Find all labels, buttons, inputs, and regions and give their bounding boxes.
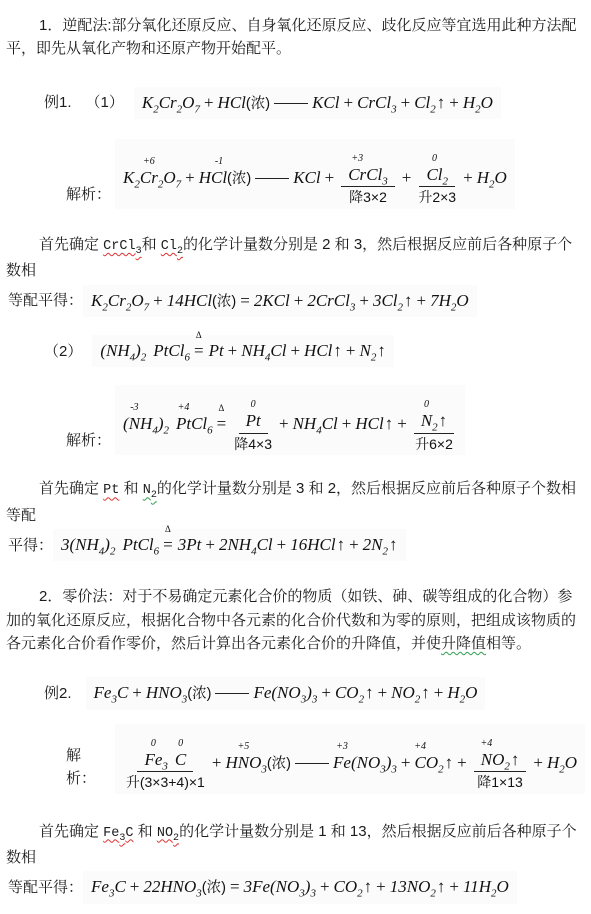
equation-balanced-1: K2Cr2O7+14HCl(浓)=2KCl+2CrCl3+3Cl2↑+7H2O	[83, 285, 477, 317]
example1-label: 例1.	[44, 91, 72, 114]
math-operator: +	[294, 291, 304, 310]
gas-up-arrow-icon: ↑	[439, 411, 448, 430]
math-var: Cl	[257, 535, 273, 554]
oxidation-state-element: +3Cr	[348, 164, 366, 185]
math-var: H	[477, 168, 489, 187]
analysis-label: 解析：	[66, 429, 111, 452]
rise-fall-fraction: 0Pt降4×3	[234, 398, 272, 452]
reaction-dash-icon	[215, 693, 249, 694]
math-var: HNO	[146, 683, 182, 702]
math-operator: +	[402, 168, 412, 187]
example1-row: 例1. （1） K2Cr2O7+HCl(浓)KCl+CrCl3+Cl2↑+H2O	[6, 87, 585, 119]
text-run: 和	[134, 823, 157, 840]
math-operator: +	[463, 168, 473, 187]
text-run: 首先确定	[39, 236, 103, 253]
math-var: Cr	[108, 291, 126, 310]
gas-up-arrow-icon: ↑	[421, 683, 430, 702]
math-var: KCl	[312, 93, 339, 112]
math-var: O	[182, 93, 194, 112]
gas-up-arrow-icon: ↑	[385, 414, 394, 433]
math-var: Cl	[270, 341, 286, 360]
math-var: Cl	[191, 414, 207, 433]
math-var: O	[456, 291, 468, 310]
math-var: H	[199, 168, 211, 187]
math-var: (NO	[351, 753, 380, 772]
math-operator: +	[359, 291, 369, 310]
math-var: HCl	[304, 341, 332, 360]
math-operator: =	[240, 291, 250, 310]
math-var: NH	[293, 414, 317, 433]
text-run: 升降值	[441, 635, 486, 652]
math-operator: +	[130, 877, 140, 896]
math-operator: +	[212, 753, 222, 772]
text-run: 和	[142, 236, 161, 253]
balance2-paragraph: 首先确定 Pt 和 N2的化学计量数分别是 3 和 2，然后根据反应前后各种原子…	[6, 477, 585, 561]
reaction-dash-icon	[274, 103, 308, 104]
math-operator: +	[343, 93, 353, 112]
math-var: 3Cl	[373, 291, 398, 310]
math-operator: +	[205, 535, 215, 554]
math-var: 7H	[430, 291, 451, 310]
math-var: O	[565, 753, 577, 772]
math-var: PtCl	[122, 535, 153, 554]
oxidation-state-element: +4Pt	[176, 411, 191, 437]
analysis3-row: 解析： 0Fe30C升(3×3+4)×1+H+5NO3(浓)+3Fe(NO3)3…	[6, 724, 585, 794]
chem-inline: CrCl	[103, 239, 135, 254]
math-var: O	[249, 753, 261, 772]
analysis-label: 解析：	[66, 183, 111, 206]
rise-fall-fraction: 0Fe30C升(3×3+4)×1	[126, 737, 205, 791]
method2-intro-paragraph: 2．零价法：对于不易确定元素化合价的物质（如铁、砷、碳等组成的化合物）参加的氧化…	[6, 585, 585, 655]
gas-up-arrow-icon: ↑	[437, 93, 446, 112]
equation-unbalanced-3: Fe3C+HNO3(浓)Fe(NO3)3+CO2↑+NO2↑+H2O	[86, 677, 486, 709]
continuation-label: 等配平得：	[8, 876, 83, 899]
subscript: 2	[398, 301, 404, 313]
math-var: 3Fe(NO	[244, 877, 300, 896]
math-var: O	[497, 877, 509, 896]
math-operator: +	[228, 341, 238, 360]
math-operator: +	[376, 877, 386, 896]
equation-annotated-3: 0Fe30C升(3×3+4)×1+H+5NO3(浓)+3Fe(NO3)3++4C…	[115, 724, 585, 794]
math-operator: +	[417, 291, 427, 310]
equation-unbalanced-1: K2Cr2O7+HCl(浓)KCl+CrCl3+Cl2↑+H2O	[134, 87, 501, 119]
subscript: 2	[430, 103, 436, 115]
item2-label: （2）	[44, 340, 82, 363]
math-var: NO	[391, 683, 415, 702]
equation-unbalanced-2: (NH4)2PtCl6Δ=Pt+NH4Cl+HCl↑+N2↑	[92, 335, 393, 367]
math-var: Pt	[209, 341, 224, 360]
delta-equals-icon: Δ=	[217, 411, 227, 437]
subscript: 2	[357, 888, 363, 900]
balance3-text: 首先确定 Fe3C 和 NO2的化学计量数分别是 1 和 13，然后根据反应前后…	[6, 820, 585, 870]
math-operator: +	[132, 683, 142, 702]
math-var: Cl	[366, 165, 382, 184]
math-var: K	[91, 291, 102, 310]
gas-up-arrow-icon: ↑	[333, 341, 342, 360]
chem-inline: Cl	[161, 239, 177, 254]
math-var: O	[426, 753, 438, 772]
math-var: HCl	[218, 93, 246, 112]
math-var: K	[123, 168, 134, 187]
oxidation-state-element: +3Fe	[333, 750, 351, 776]
chem-inline: N	[143, 483, 151, 498]
subscript: 6	[184, 351, 190, 363]
math-var: CO	[335, 683, 359, 702]
oxidation-state-element: -1Cl	[211, 165, 227, 191]
chem-inline: C	[125, 826, 133, 841]
math-var: O	[494, 168, 506, 187]
item1-label: （1）	[86, 91, 124, 114]
example2-row: 例2. Fe3C+HNO3(浓)Fe(NO3)3+CO2↑+NO2↑+H2O	[6, 677, 585, 709]
gas-up-arrow-icon: ↑	[364, 877, 373, 896]
subscript: 6	[154, 546, 160, 558]
math-var: 2CrCl	[307, 291, 350, 310]
math-text: (浓)	[267, 756, 291, 772]
text-run: 首先确定	[39, 823, 103, 840]
subscript: 2	[430, 888, 436, 900]
gas-up-arrow-icon: ↑	[337, 535, 346, 554]
subscript: 2	[432, 422, 438, 434]
chemistry-notes-document: 1．逆配法:部分氧化还原反应、自身氧化还原反应、歧化反应等宜选用此种方法配平，即…	[6, 14, 585, 904]
subscript: 2	[163, 425, 169, 437]
math-operator: +	[321, 683, 331, 702]
analysis1-row: 解析： K2+6Cr2O7+H-1Cl(浓)KCl++3CrCl3降3×2+0C…	[6, 139, 585, 209]
math-var: O	[163, 168, 175, 187]
math-var: 2NH	[219, 535, 251, 554]
equation-annotated-1: K2+6Cr2O7+H-1Cl(浓)KCl++3CrCl3降3×2+0Cl2升2…	[115, 139, 515, 209]
math-operator: +	[153, 291, 163, 310]
math-var: 2KCl	[254, 291, 290, 310]
math-var: PtCl	[153, 341, 184, 360]
math-var: CrCl	[357, 93, 391, 112]
balance1-paragraph: 首先确定 CrCl3和 Cl2的化学计量数分别是 2 和 3，然后根据反应前后各…	[6, 233, 585, 317]
example1-item2-row: （2） (NH4)2PtCl6Δ=Pt+NH4Cl+HCl↑+N2↑	[6, 335, 585, 367]
balance3-paragraph: 首先确定 Fe3C 和 NO2的化学计量数分别是 1 和 13，然后根据反应前后…	[6, 820, 585, 904]
math-text: (浓)	[187, 686, 211, 702]
chem-inline: Pt	[103, 483, 119, 498]
math-var: C	[114, 877, 125, 896]
subscript: 3	[391, 103, 397, 115]
subscript: 7	[144, 301, 150, 313]
subscript: 2	[383, 546, 389, 558]
math-text: (浓)	[227, 171, 251, 187]
rise-fall-fraction: 0N2↑升6×2	[414, 398, 454, 452]
oxidation-state-element: 0Cl	[426, 164, 442, 185]
gas-up-arrow-icon: ↑	[445, 753, 454, 772]
math-var: O	[465, 683, 477, 702]
math-var: H	[225, 753, 237, 772]
balance1-result-row: 等配平得： K2Cr2O7+14HCl(浓)=2KCl+2CrCl3+3Cl2↑…	[6, 285, 585, 317]
math-var: Fe(NO	[253, 683, 300, 702]
analysis2-row: 解析： (-3NH4)2+4PtCl6Δ=0Pt降4×3+NH4Cl+HCl↑+…	[6, 385, 585, 455]
math-operator: +	[279, 414, 289, 433]
reaction-dash-icon	[295, 763, 329, 764]
math-text: (浓)	[212, 294, 236, 310]
subscript: 2	[371, 351, 377, 363]
text-run: 首先确定	[39, 480, 103, 497]
subscript: 3	[391, 763, 397, 775]
math-var: HCl	[355, 414, 383, 433]
math-operator: +	[457, 753, 467, 772]
math-var: Fe	[94, 683, 112, 702]
oxidation-state-element: +4C	[415, 750, 426, 776]
reaction-dash-icon	[255, 178, 289, 179]
math-var: Fe	[91, 877, 109, 896]
math-operator: +	[349, 535, 359, 554]
oxidation-state-element: +5N	[238, 750, 249, 776]
subscript: 2	[504, 760, 510, 772]
math-var: NH	[241, 341, 265, 360]
math-var: 11H	[463, 877, 491, 896]
chem-inline: NO	[157, 826, 173, 841]
equation-balanced-2: 3(NH4)2PtCl6Δ=3Pt+2NH4Cl+16HCl↑+2N2↑	[53, 529, 405, 561]
math-text: (浓)	[246, 96, 270, 112]
math-operator: +	[342, 414, 352, 433]
gas-up-arrow-icon: ↑	[437, 877, 446, 896]
method1-intro-paragraph: 1．逆配法:部分氧化还原反应、自身氧化还原反应、歧化反应等宜选用此种方法配平，即…	[6, 14, 585, 61]
subscript: 2	[110, 546, 116, 558]
math-var: 3(NH	[61, 535, 99, 554]
math-operator: +	[277, 535, 287, 554]
gas-up-arrow-icon: ↑	[365, 683, 374, 702]
math-var: K	[142, 93, 153, 112]
math-operator: +	[434, 683, 444, 702]
math-var: H	[463, 93, 475, 112]
math-operator: +	[346, 341, 356, 360]
subscript: 2	[415, 694, 421, 706]
oxidation-state-element: 0Pt	[246, 410, 261, 431]
oxidation-state-element: 0N	[421, 410, 432, 431]
math-operator: +	[325, 168, 335, 187]
analysis-label: 解析：	[66, 744, 111, 791]
continuation-label: 平得：	[8, 534, 53, 557]
oxidation-state-element: -3N	[129, 411, 140, 437]
math-operator: +	[401, 753, 411, 772]
subscript: 2	[141, 351, 147, 363]
chem-inline: Fe	[103, 826, 119, 841]
math-var: H	[547, 753, 559, 772]
balance3-result-row: 等配平得： Fe3C+22HNO3(浓)=3Fe(NO3)3+CO2↑+13NO…	[6, 871, 585, 903]
rise-fall-fraction: +4NO2↑降1×13	[474, 737, 527, 791]
math-operator: +	[449, 877, 459, 896]
subscript: 3	[162, 760, 168, 772]
math-operator: +	[378, 683, 388, 702]
oxidation-state-element: +4N	[481, 749, 492, 770]
balance2-result-row: 平得： 3(NH4)2PtCl6Δ=3Pt+2NH4Cl+16HCl↑+2N2↑	[6, 529, 585, 561]
gas-up-arrow-icon: ↑	[389, 535, 398, 554]
math-var: 13NO	[390, 877, 431, 896]
balance1-text: 首先确定 CrCl3和 Cl2的化学计量数分别是 2 和 3，然后根据反应前后各…	[6, 233, 585, 283]
math-var: H	[140, 414, 152, 433]
subscript: 3	[310, 888, 316, 900]
math-var: C	[117, 683, 128, 702]
subscript: 3	[312, 694, 318, 706]
subscript: 3	[382, 175, 388, 187]
math-var: Cl	[322, 414, 338, 433]
gas-up-arrow-icon: ↑	[377, 341, 386, 360]
math-var: O	[131, 291, 143, 310]
math-var: Cr	[159, 93, 177, 112]
subscript: 2	[359, 694, 365, 706]
equation-annotated-2: (-3NH4)2+4PtCl6Δ=0Pt降4×3+NH4Cl+HCl↑+0N2↑…	[115, 385, 465, 455]
math-operator: =	[230, 877, 240, 896]
math-var: H	[447, 683, 459, 702]
delta-equals-icon: Δ=	[163, 532, 173, 558]
math-var: N	[359, 341, 370, 360]
math-var: 22HNO	[143, 877, 196, 896]
math-operator: +	[401, 93, 411, 112]
rise-fall-fraction: 0Cl2升2×3	[418, 152, 456, 206]
math-var: CO	[334, 877, 358, 896]
subscript: 2	[443, 175, 449, 187]
subscript: 2	[438, 763, 444, 775]
math-operator: +	[533, 753, 543, 772]
math-operator: +	[204, 93, 214, 112]
math-var: 16HCl	[290, 535, 335, 554]
subscript: 6	[207, 425, 213, 437]
oxidation-state-element: +6Cr	[140, 165, 158, 191]
math-var: 14HCl	[167, 291, 212, 310]
math-var: Cl	[414, 93, 430, 112]
math-var: O	[492, 750, 504, 769]
subscript: 3	[350, 301, 356, 313]
gas-up-arrow-icon: ↑	[511, 750, 520, 769]
continuation-label: 等配平得：	[8, 289, 83, 312]
math-operator: +	[290, 341, 300, 360]
example2-label: 例2.	[44, 682, 72, 705]
math-var: 2N	[363, 535, 383, 554]
math-operator: +	[397, 414, 407, 433]
balance2-text: 首先确定 Pt 和 N2的化学计量数分别是 3 和 2，然后根据反应前后各种原子…	[6, 477, 585, 527]
subscript: 7	[176, 178, 182, 190]
math-operator: +	[320, 877, 330, 896]
text-run: 相等。	[486, 635, 531, 652]
subscript: 7	[194, 103, 200, 115]
oxidation-state-element: 0C	[175, 749, 186, 770]
math-var: 3Pt	[178, 535, 202, 554]
rise-fall-fraction: +3CrCl3降3×2	[341, 152, 395, 206]
math-text: (浓)	[202, 880, 226, 896]
oxidation-state-element: 0Fe	[144, 749, 162, 770]
math-var: O	[481, 93, 493, 112]
math-operator: +	[185, 168, 195, 187]
equation-balanced-3: Fe3C+22HNO3(浓)=3Fe(NO3)3+CO2↑+13NO2↑+11H…	[83, 871, 517, 903]
math-operator: +	[449, 93, 459, 112]
math-var: (NH	[100, 341, 129, 360]
text-run: 和	[119, 480, 142, 497]
math-var: KCl	[293, 168, 320, 187]
delta-equals-icon: Δ=	[194, 338, 204, 364]
gas-up-arrow-icon: ↑	[404, 291, 413, 310]
